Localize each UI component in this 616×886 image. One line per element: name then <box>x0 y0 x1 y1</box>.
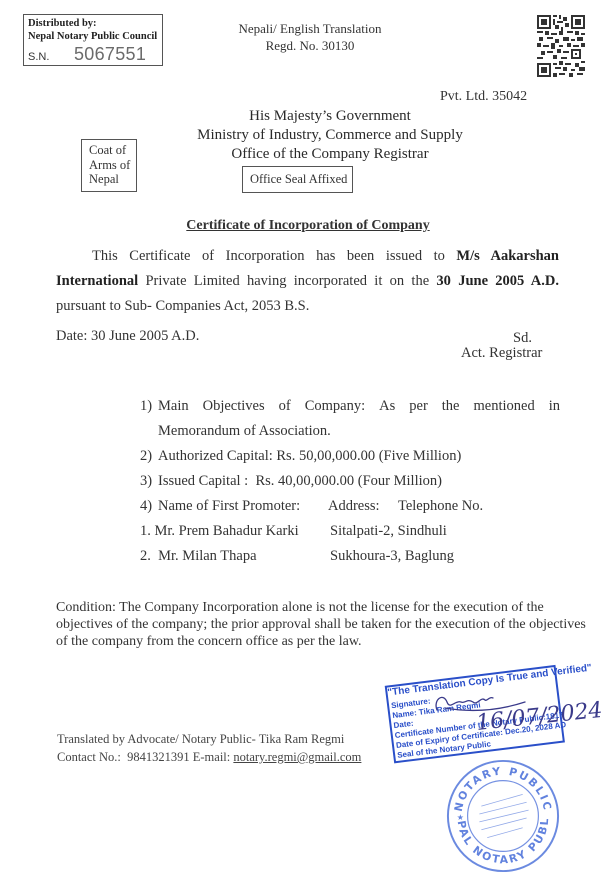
translator-info: Translated by Advocate/ Notary Public- T… <box>57 730 361 766</box>
promoter-name: 1. Mr. Prem Bahadur Karki <box>140 519 330 544</box>
translator-contact: Contact No.: 9841321391 E-mail: notary.r… <box>57 748 361 766</box>
coat-line-1: Coat of <box>89 143 136 158</box>
para-text-1: This Certificate of Incorporation has be… <box>92 248 456 264</box>
registration-number: Regd. No. 30130 <box>190 37 430 54</box>
item-number: 1) <box>140 394 158 419</box>
para-text-3: pursuant to Sub- Companies Act, 2053 B.S… <box>56 298 309 314</box>
registrar-title: Act. Registrar <box>461 345 542 362</box>
issue-date: Date: 30 June 2005 A.D. <box>56 328 199 345</box>
objective-word: in <box>549 394 560 419</box>
serial-number-label: S.N. <box>28 51 74 63</box>
objective-word: Objectives <box>203 394 265 419</box>
detail-item-objectives-cont: Memorandum of Association. <box>140 419 560 444</box>
notary-seal-icon: NOTARY PUBLIC NEPAL NOTARY PUBLIC ★ <box>444 757 562 875</box>
detail-item-issued-capital: 3) Issued Capital : Rs. 40,00,000.00 (Fo… <box>140 469 560 494</box>
item-number: 4) <box>140 494 158 519</box>
coat-line-2: Arms of <box>89 158 136 173</box>
translation-header: Nepali/ English Translation Regd. No. 30… <box>190 20 430 54</box>
distributor-label: Distributed by: <box>28 17 158 30</box>
certificate-title: Certificate of Incorporation of Company <box>0 218 616 234</box>
objective-word: the <box>442 394 460 419</box>
authorized-capital: Authorized Capital: Rs. 50,00,000.00 (Fi… <box>158 444 560 469</box>
promoter-address: Sukhoura-3, Baglung <box>330 544 454 569</box>
promoter-name: 2. Mr. Milan Thapa <box>140 544 330 569</box>
objective-word: Main <box>158 394 189 419</box>
svg-text:★: ★ <box>457 813 464 822</box>
company-details-list: 1) MainObjectivesofCompany:Asperthementi… <box>140 394 560 569</box>
email-link[interactable]: notary.regmi@gmail.com <box>233 750 361 764</box>
qr-code-icon <box>537 15 585 77</box>
address-label: Address: <box>328 494 398 519</box>
issued-capital: Issued Capital : Rs. 40,00,000.00 (Four … <box>158 469 560 494</box>
item-number: 2) <box>140 444 158 469</box>
telephone-label: Telephone No. <box>398 494 483 519</box>
office-name: Office of the Company Registrar <box>140 145 520 164</box>
para-text-2: Private Limited having incorporated it o… <box>138 273 436 289</box>
incorporation-date: 30 June 2005 A.D. <box>436 273 559 289</box>
contact-prefix: Contact No.: 9841321391 E-mail: <box>57 750 233 764</box>
objective-word: per <box>409 394 428 419</box>
coat-line-3: Nepal <box>89 172 136 187</box>
detail-item-objectives: 1) MainObjectivesofCompany:Asperthementi… <box>140 394 560 419</box>
promoter-row: 1. Mr. Prem Bahadur Karki Sitalpati-2, S… <box>140 519 560 544</box>
objective-word: Company: <box>305 394 365 419</box>
pvt-ltd-number: Pvt. Ltd. 35042 <box>440 89 527 105</box>
translator-name: Translated by Advocate/ Notary Public- T… <box>57 730 361 748</box>
government-heading: His Majesty’s Government Ministry of Ind… <box>140 107 520 164</box>
promoter-label: Name of First Promoter: <box>158 494 328 519</box>
ministry-name: Ministry of Industry, Commerce and Suppl… <box>140 126 520 145</box>
handwritten-date: 16/07/2024 <box>475 698 604 736</box>
condition-text: Condition: The Company Incorporation alo… <box>56 599 586 650</box>
objectives-text: MainObjectivesofCompany:Asperthementione… <box>158 394 560 419</box>
distributor-box: Distributed by: Nepal Notary Public Coun… <box>23 14 163 66</box>
detail-item-authorized-capital: 2) Authorized Capital: Rs. 50,00,000.00 … <box>140 444 560 469</box>
coat-of-arms-placeholder: Coat of Arms of Nepal <box>81 139 137 192</box>
distributor-name: Nepal Notary Public Council <box>28 30 158 43</box>
detail-item-promoter-header: 4) Name of First Promoter: Address: Tele… <box>140 494 560 519</box>
objective-word: of <box>279 394 291 419</box>
certificate-paragraph: This Certificate of Incorporation has be… <box>56 244 559 319</box>
svg-text:NOTARY PUBLIC: NOTARY PUBLIC <box>452 764 554 812</box>
promoter-address: Sitalpati-2, Sindhuli <box>330 519 447 544</box>
promoter-row: 2. Mr. Milan Thapa Sukhoura-3, Baglung <box>140 544 560 569</box>
handwritten-signature-icon: 16/07/2024 <box>425 680 615 740</box>
translation-title: Nepali/ English Translation <box>190 20 430 37</box>
office-seal-placeholder: Office Seal Affixed <box>242 166 353 193</box>
government-name: His Majesty’s Government <box>140 107 520 126</box>
serial-number-row: S.N. 5067551 <box>28 44 158 65</box>
objective-word: As <box>379 394 395 419</box>
serial-number: 5067551 <box>74 44 146 65</box>
objective-word: mentioned <box>474 394 535 419</box>
item-number: 3) <box>140 469 158 494</box>
